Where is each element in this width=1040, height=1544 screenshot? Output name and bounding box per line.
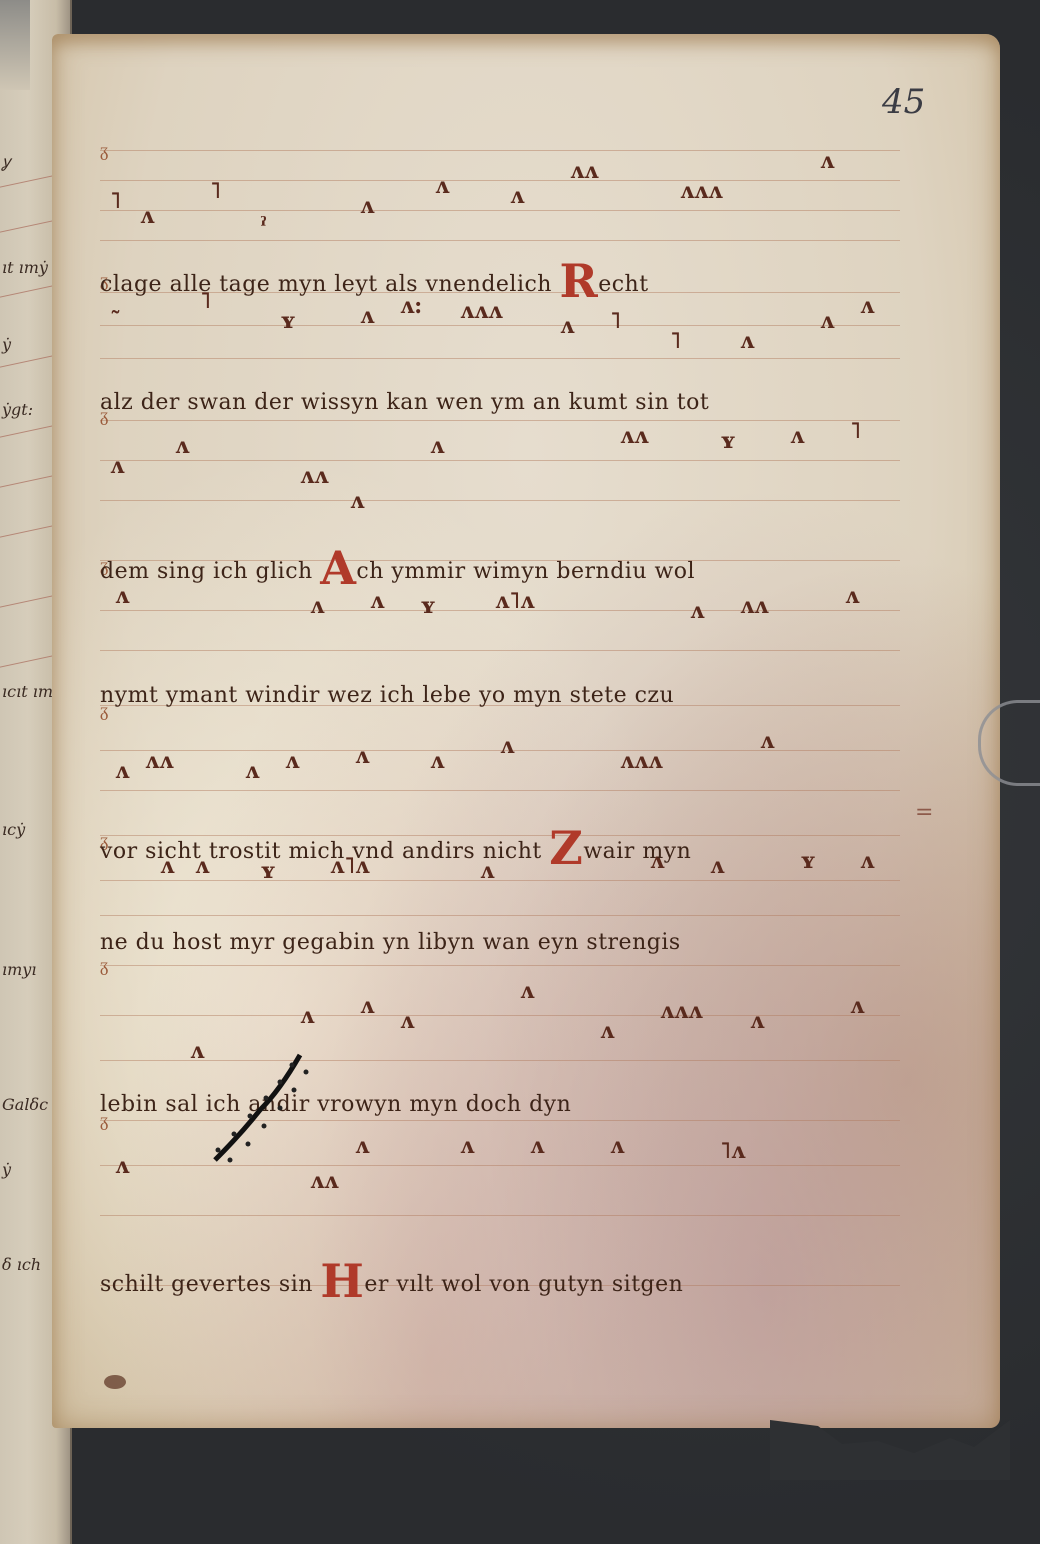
staff-line (100, 460, 900, 461)
neume-icon: ʌ (140, 205, 154, 227)
neume-icon: ʌʌ (620, 425, 648, 447)
left-page-text-fragment: ıcıt ımı (2, 682, 58, 701)
left-page-text-fragment: ẟ ıch (2, 1255, 41, 1274)
neume-icon: ʌʌ (740, 595, 768, 617)
neume-row: ˥ ʌ ˥ ˀ ʌ ʌ ʌ ʌʌ ʌʌʌ ʌ (100, 150, 900, 180)
neume-icon: ˥ (670, 330, 681, 352)
neume-icon: ʌ (360, 195, 374, 217)
lyric-line-1: clage alle tage myn leyt als vnendelich … (100, 248, 649, 302)
neume-icon: ʌ (175, 435, 189, 457)
left-page-text-fragment: ıcẏ (2, 820, 25, 839)
neume-icon: ʌ (820, 310, 834, 332)
neume-icon: ʌ (560, 315, 574, 337)
lyric-line-4: nymt ymant windir wez ich lebe yo myn st… (100, 683, 674, 708)
staff-line (100, 240, 900, 241)
neume-icon: ʌ (310, 595, 324, 617)
lyric-line-3: dem sing ich glich Ach ymmir wimyn bernd… (100, 535, 695, 589)
lyric-text: ch ymmir wimyn berndiu wol (356, 559, 695, 584)
neume-icon: ʌ (435, 175, 449, 197)
neume-icon: ʌ (360, 305, 374, 327)
left-page-text-fragment: ẏ (2, 335, 11, 354)
neume-icon: ʌ (370, 590, 384, 612)
neume-icon: ʌ (760, 730, 774, 752)
neume-icon: ʌ (350, 490, 364, 512)
neume-icon: ʌʌ (145, 750, 173, 772)
stitched-tear (200, 1050, 320, 1170)
left-page-text-fragment: Galẟc (2, 1095, 48, 1114)
staff-line (100, 915, 900, 916)
neume-icon: ʌ˥ʌ (495, 590, 534, 612)
neume-icon: ʏ (720, 430, 736, 452)
lyric-text: ne du host myr gegabin yn libyn wan eyn … (100, 930, 681, 955)
neume-icon: ʌ (845, 585, 859, 607)
neume-icon: ˥ (210, 180, 221, 202)
neume-icon: ʌ (520, 980, 534, 1002)
lyric-line-5: vor sicht trostit mich vnd andirs nicht … (100, 815, 691, 869)
staff-line (100, 650, 900, 651)
neume-icon: ʌ (530, 1135, 544, 1157)
neume-icon: ˥ (610, 310, 621, 332)
neume-row: ʌ ʌʌ ʌ ʌ ʌ ʌ ʌ ʌʌʌ ʌ (100, 730, 900, 760)
neume-icon: ʌʌ (570, 160, 598, 182)
neume-icon: ʌ (500, 735, 514, 757)
lyric-text: clage alle tage myn leyt als vnendelich (100, 272, 552, 297)
neume-icon: ʌ (850, 995, 864, 1017)
lyric-text: schilt gevertes sin (100, 1272, 313, 1297)
staff-line (100, 358, 900, 359)
neume-icon: ʌ (610, 1135, 624, 1157)
neume-icon: ˥ (850, 420, 861, 442)
neume-icon: ʌʌʌ (660, 1000, 702, 1022)
neume-icon: ˥ (110, 190, 121, 212)
neume-icon: ʌ (600, 1020, 614, 1042)
lyric-text: alz der swan der wissyn kan wen ym an ku… (100, 390, 709, 415)
lyric-line-8: schilt gevertes sin Her vılt wol von gut… (100, 1248, 683, 1302)
neume-icon: ʌ (110, 455, 124, 477)
neume-row: ʌ ʌ ʌ ʌ ʌ ʌ ʌʌʌ ʌ ʌ (100, 975, 900, 1005)
neume-icon: ʌ (510, 185, 524, 207)
staff-line (100, 790, 900, 791)
neume-icon: ʌ (355, 745, 369, 767)
neume-icon: ʌ (355, 1135, 369, 1157)
rubricated-initial: A (320, 541, 356, 595)
neume-icon: ʌ (460, 1135, 474, 1157)
neume-icon: ʌ (790, 425, 804, 447)
staff-line (100, 500, 900, 501)
neume-icon: ʏ (420, 595, 436, 617)
folio-number: 45 (882, 82, 925, 122)
rubricated-initial: R (559, 254, 598, 308)
neume-icon: ʌ (750, 1010, 764, 1032)
neume-icon: ʌ (860, 850, 874, 872)
rubricated-initial: Z (549, 821, 583, 875)
lyric-line-6: ne du host myr gegabin yn libyn wan eyn … (100, 930, 681, 955)
lyric-text: vor sicht trostit mich vnd andirs nicht (100, 839, 542, 864)
neume-icon: ʌ (360, 995, 374, 1017)
neume-icon: ʌʌʌ (680, 180, 722, 202)
staff-line (100, 965, 900, 966)
left-page-text-fragment: ẏgt: (2, 400, 33, 419)
staff-line (100, 1015, 900, 1016)
lyric-text: lebin sal ich andir vrowyn myn doch dyn (100, 1092, 571, 1117)
lyric-line-2: alz der swan der wissyn kan wen ym an ku… (100, 390, 709, 415)
lyric-text: nymt ymant windir wez ich lebe yo myn st… (100, 683, 674, 708)
neume-icon: ʏ (800, 850, 816, 872)
staff-line (100, 210, 900, 211)
neume-icon: ʌ (245, 760, 259, 782)
neume-icon: ʌʌ (300, 465, 328, 487)
neume-icon: ʌ (710, 855, 724, 877)
neume-icon: ʌʌ (310, 1170, 338, 1192)
lyric-text: er vılt wol von gutyn sitgen (364, 1272, 683, 1297)
neume-icon: ˥ʌ (720, 1140, 745, 1162)
lyric-text: dem sing ich glich (100, 559, 313, 584)
neume-icon: ʌ (430, 750, 444, 772)
staff-line (100, 325, 900, 326)
margin-mark: = (915, 800, 933, 825)
staff-line (100, 880, 900, 881)
lyric-text: echt (598, 272, 648, 297)
left-page-text-fragment: ımyı (2, 960, 36, 979)
ink-stain (104, 1375, 126, 1389)
neume-icon: ʌ (115, 760, 129, 782)
left-page-text-fragment: ỿ (2, 150, 10, 172)
neume-icon: ʌ (115, 1155, 129, 1177)
page-edge-shadow (0, 0, 30, 90)
left-page-text-fragment: ıt ımẏ (2, 258, 48, 277)
neume-icon: ʌ (820, 150, 834, 172)
neume-icon: ʌ (430, 435, 444, 457)
rubricated-initial: H (320, 1254, 364, 1308)
neume-icon: ʌ (400, 1010, 414, 1032)
neume-icon: ʏ (280, 310, 296, 332)
neume-row: ʌ ʌ ʌʌ ʌ ʌ ʌʌ ʏ ʌ ˥ (100, 420, 900, 450)
lyric-line-7: lebin sal ich andir vrowyn myn doch dyn (100, 1092, 571, 1117)
clef-mark: ᵹ (100, 955, 108, 976)
neume-icon: ʌ (860, 295, 874, 317)
left-page-text-fragment: ẏ (2, 1160, 11, 1179)
neume-icon: ʌʌʌ (620, 750, 662, 772)
staff-line (100, 1215, 900, 1216)
neume-icon: ˜ (110, 310, 121, 332)
neume-icon: ʌ (690, 600, 704, 622)
neume-icon: ʌ (740, 330, 754, 352)
lyric-text: wair myn (583, 839, 691, 864)
neume-icon: ˀ (260, 215, 267, 237)
neume-icon: ʌʌʌ (460, 300, 502, 322)
neume-icon: ʌ (300, 1005, 314, 1027)
neume-icon: ʌ (285, 750, 299, 772)
